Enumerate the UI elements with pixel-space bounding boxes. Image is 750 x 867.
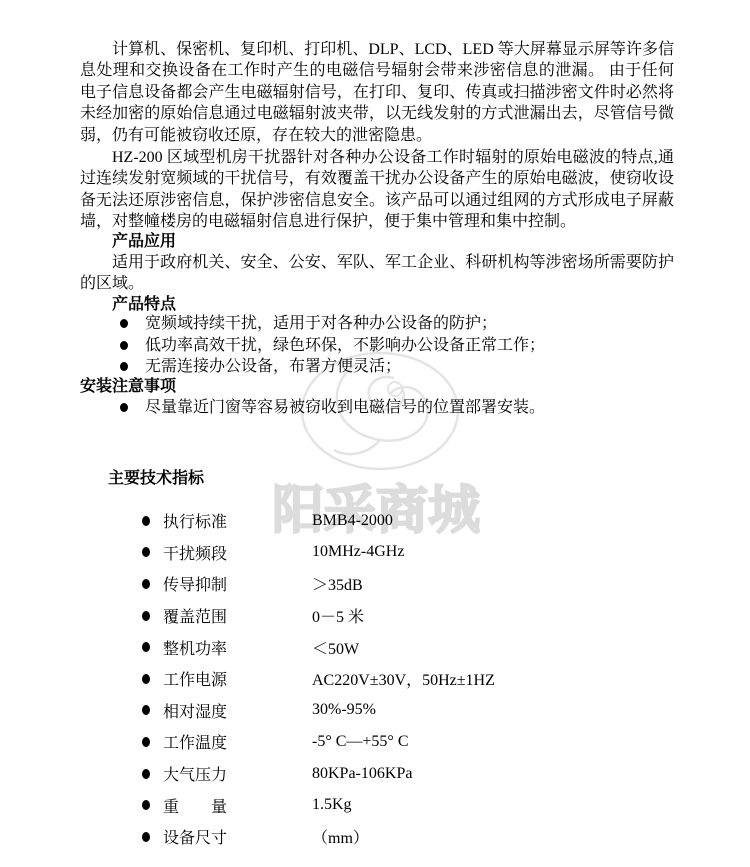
spec-label: 大气压力: [163, 762, 312, 785]
spec-label: 重 量: [163, 794, 312, 817]
table-row: 干扰频段 10MHz-4GHz: [142, 537, 495, 569]
spec-value: ＞35dB: [312, 572, 363, 595]
list-item: 低功率高效干扰，绿色环保，不影响办公设备正常工作；: [118, 335, 678, 357]
spec-label: 相对湿度: [163, 699, 312, 722]
table-row: 大气压力 80KPa-106KPa: [142, 758, 495, 790]
table-row: 工作温度 -5° C—+55° C: [142, 726, 495, 758]
table-row: 执行标准 BMB4-2000: [142, 505, 495, 537]
table-row: 重 量 1.5Kg: [142, 789, 495, 821]
bullet-icon: [142, 611, 150, 621]
feature-text: 宽频域持续干扰，适用于对各种办公设备的防护；: [145, 315, 497, 332]
table-row: 相对湿度 30%-95%: [142, 695, 495, 727]
spec-value: 0－5 米: [312, 604, 364, 627]
document-page: 阳采商城 计算机、保密机、复印机、打印机、DLP、LCD、LED 等大屏幕显示屏…: [0, 0, 750, 867]
table-row: 整机功率 ＜50W: [142, 631, 495, 663]
spec-label: 执行标准: [163, 509, 312, 532]
bullet-icon: [120, 319, 128, 328]
spec-value: （mm）: [312, 825, 369, 848]
paragraph-product-description: HZ-200 区域型机房干扰器针对各种办公设备工作时辐射的原始电磁波的特点,通过…: [80, 147, 674, 233]
heading-install-notes: 安装注意事项: [80, 376, 176, 397]
paragraph-intro: 计算机、保密机、复印机、打印机、DLP、LCD、LED 等大屏幕显示屏等许多信息…: [80, 39, 674, 146]
spec-label: 工作电源: [163, 667, 312, 690]
bullet-icon: [142, 642, 150, 652]
spec-label: 传导抑制: [163, 572, 312, 595]
bullet-icon: [142, 547, 150, 557]
feature-text: 无需连接办公设备，布署方便灵活；: [145, 358, 401, 375]
bullet-icon: [142, 579, 150, 589]
bullet-icon: [142, 516, 150, 526]
install-note-text: 尽量靠近门窗等容易被窃收到电磁信号的位置部署安装。: [145, 399, 545, 416]
spec-label: 设备尺寸: [163, 825, 312, 848]
table-row: 传导抑制 ＞35dB: [142, 568, 495, 600]
bullet-icon: [142, 832, 150, 842]
feature-text: 低功率高效干扰，绿色环保，不影响办公设备正常工作；: [145, 337, 545, 354]
heading-product-application: 产品应用: [112, 231, 176, 252]
document-content: 计算机、保密机、复印机、打印机、DLP、LCD、LED 等大屏幕显示屏等许多信息…: [0, 0, 750, 867]
spec-value: 1.5Kg: [312, 796, 352, 814]
table-row: 覆盖范围 0－5 米: [142, 600, 495, 632]
spec-label: 覆盖范围: [163, 604, 312, 627]
bullet-icon: [142, 674, 150, 684]
spec-list: 执行标准 BMB4-2000 干扰频段 10MHz-4GHz 传导抑制 ＞35d…: [142, 505, 495, 853]
list-item: 宽频域持续干扰，适用于对各种办公设备的防护；: [118, 313, 678, 335]
install-note-list: 尽量靠近门窗等容易被窃收到电磁信号的位置部署安装。: [118, 397, 678, 419]
paragraph-application: 适用于政府机关、安全、公安、军队、军工企业、科研机构等涉密场所需要防护的区域。: [80, 252, 674, 295]
spec-value: 10MHz-4GHz: [312, 543, 404, 561]
bullet-icon: [142, 705, 150, 715]
bullet-icon: [120, 341, 128, 350]
feature-list: 宽频域持续干扰，适用于对各种办公设备的防护； 低功率高效干扰，绿色环保，不影响办…: [118, 313, 678, 378]
spec-label: 干扰频段: [163, 541, 312, 564]
bullet-icon: [142, 800, 150, 810]
spec-value: 80KPa-106KPa: [312, 765, 412, 783]
list-item: 尽量靠近门窗等容易被窃收到电磁信号的位置部署安装。: [118, 397, 678, 419]
spec-value: 30%-95%: [312, 701, 376, 719]
bullet-icon: [142, 737, 150, 747]
spec-value: ＜50W: [312, 636, 359, 659]
list-item: 无需连接办公设备，布署方便灵活；: [118, 356, 678, 378]
heading-tech-specs: 主要技术指标: [108, 468, 204, 489]
bullet-icon: [142, 769, 150, 779]
spec-label: 整机功率: [163, 636, 312, 659]
bullet-icon: [120, 403, 128, 412]
spec-label: 工作温度: [163, 730, 312, 753]
spec-value: BMB4-2000: [312, 512, 393, 530]
spec-value: -5° C—+55° C: [312, 733, 409, 751]
bullet-icon: [120, 362, 128, 371]
spec-value: AC220V±30V，50Hz±1HZ: [312, 667, 495, 690]
table-row: 工作电源 AC220V±30V，50Hz±1HZ: [142, 663, 495, 695]
table-row: 设备尺寸 （mm）: [142, 821, 495, 853]
